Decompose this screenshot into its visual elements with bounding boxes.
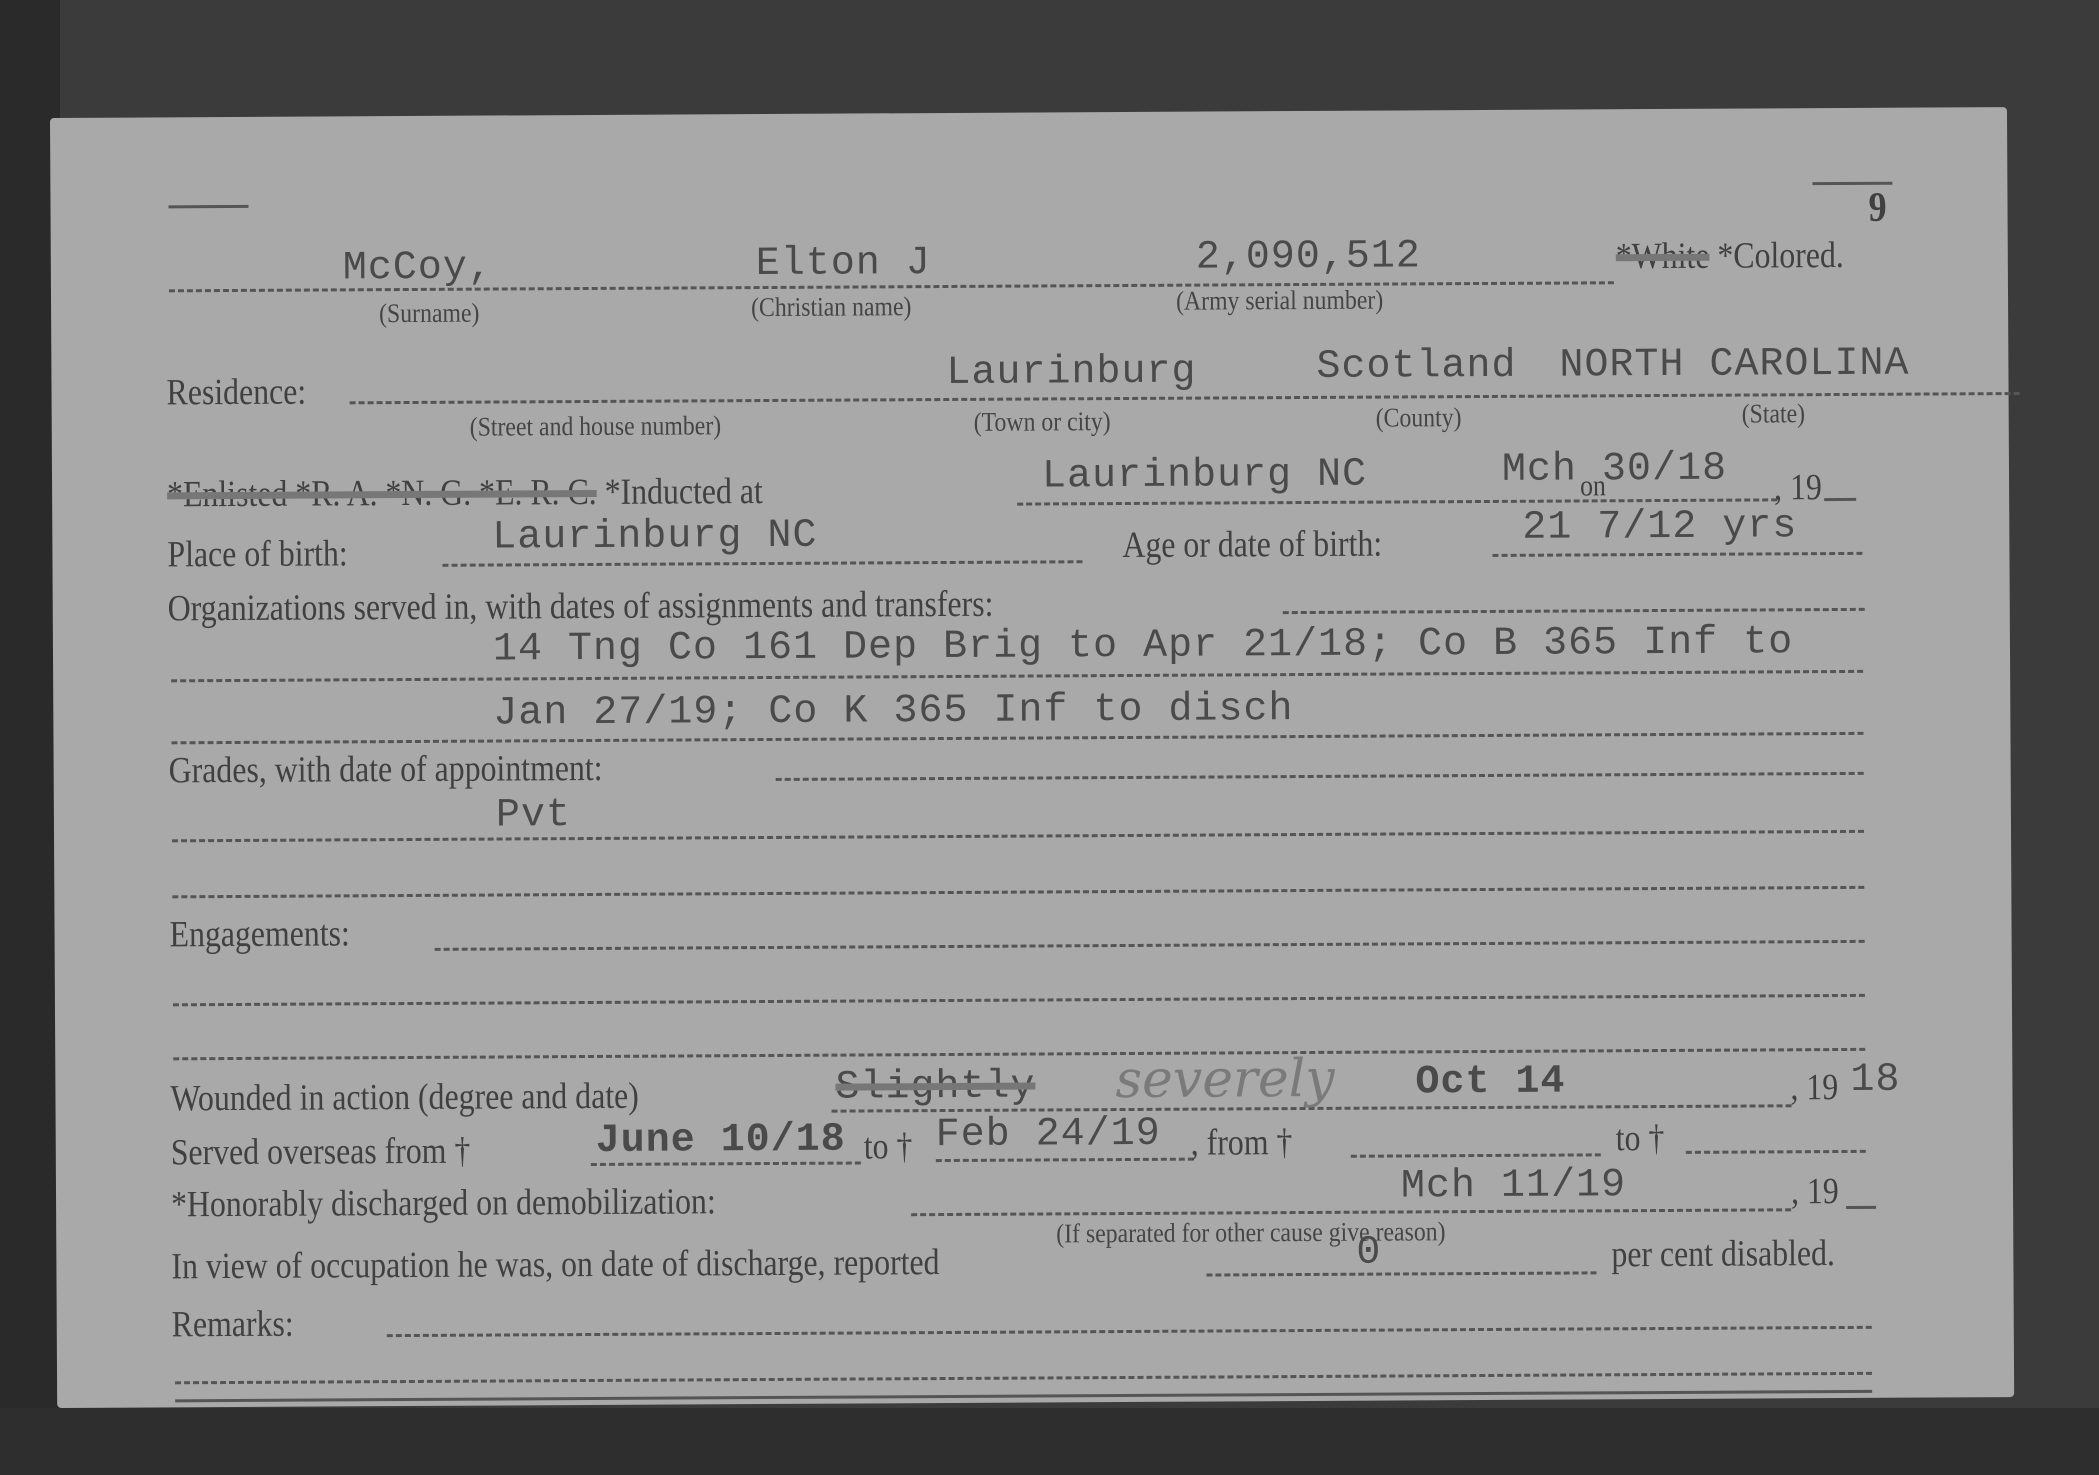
christian-name-label: (Christian name) [751, 291, 912, 323]
serial-number-label: (Army serial number) [1176, 285, 1383, 317]
town-label: (Town or city) [974, 406, 1111, 438]
inducted-date: Mch 30/18 [1502, 447, 1727, 493]
wounded-label: Wounded in action (degree and date) [170, 1075, 639, 1121]
discharge-label: *Honorably discharged on demobilization: [171, 1180, 716, 1226]
birthplace-line [442, 560, 1082, 567]
race-colored: *Colored. [1717, 235, 1844, 277]
grades-line-2 [172, 886, 1864, 898]
serial-number-value: 2,090,512 [1196, 234, 1421, 280]
organizations-line-2 [171, 732, 1863, 744]
race-white-struck: *White [1616, 236, 1710, 278]
corner-dash [168, 205, 248, 208]
disability-suffix: per cent disabled. [1611, 1232, 1835, 1276]
birthplace-value: Laurinburg NC [492, 514, 817, 561]
enlisted-options-struck: *Enlisted *R. A. *N. G. *E. R. C. [167, 472, 597, 515]
discharge-line [911, 1208, 1791, 1216]
overseas-line-4 [1686, 1150, 1866, 1154]
state-label: (State) [1742, 398, 1806, 429]
discharge-year-prefix: , 19 [1791, 1170, 1839, 1213]
inducted-place: Laurinburg NC [1042, 453, 1367, 500]
card-bottom-rule [175, 1390, 1872, 1402]
wounded-degree-struck: Slightly [835, 1065, 1035, 1111]
age-value: 21 7/12 yrs [1522, 504, 1797, 551]
inducted-label: *Inducted at [605, 471, 763, 513]
remarks-line-1 [175, 1372, 1872, 1384]
organizations-line-1 [171, 670, 1863, 682]
grades-line-0 [776, 772, 1864, 781]
birthplace-label: Place of birth: [167, 532, 348, 576]
engagements-line-0 [435, 940, 1865, 951]
organizations-line-0 [1283, 608, 1865, 614]
inducted-year: , 19 [1774, 466, 1822, 509]
organizations-label: Organizations served in, with dates of a… [168, 583, 994, 631]
surname-value: McCoy, [343, 246, 493, 292]
overseas-to-label-1: to † [864, 1125, 913, 1168]
age-label: Age or date of birth: [1122, 523, 1382, 567]
overseas-line-3 [1351, 1153, 1601, 1157]
discharge-year-line [1846, 1206, 1876, 1209]
wounded-degree-handwritten: severely [1115, 1049, 1335, 1110]
engagements-line-1 [173, 994, 1865, 1006]
disability-line [1206, 1271, 1596, 1276]
wounded-year-prefix: , 19 [1790, 1066, 1838, 1109]
wounded-year: 18 [1850, 1058, 1900, 1103]
discharge-date: Mch 11/19 [1401, 1163, 1626, 1209]
inducted-year-line [1824, 498, 1856, 501]
grades-value: Pvt [496, 793, 571, 838]
residence-state: NORTH CAROLINA [1559, 342, 1909, 389]
service-record-card: 9 McCoy, Elton J 2,090,512 *White *Color… [50, 107, 2014, 1408]
overseas-to-1: Feb 24/19 [936, 1112, 1161, 1158]
page-number: 9 [1868, 184, 1886, 232]
scan-background-bottom [0, 1408, 2099, 1475]
remarks-line-0 [387, 1326, 1872, 1337]
overseas-from-1: June 10/18 [596, 1118, 846, 1164]
organizations-entry-2: Jan 27/19; Co K 365 Inf to disch [493, 687, 1293, 736]
overseas-label: Served overseas from † [171, 1130, 471, 1175]
disability-label: In view of occupation he was, on date of… [171, 1241, 939, 1288]
discharge-note: (If separated for other cause give reaso… [1056, 1216, 1445, 1249]
induction-row: *Enlisted *R. A. *N. G. *E. R. C. *Induc… [167, 470, 763, 516]
disability-value: 0 [1356, 1231, 1381, 1276]
engagements-label: Engagements: [169, 912, 350, 956]
remarks-label: Remarks: [172, 1303, 294, 1347]
residence-county: Scotland [1316, 344, 1516, 390]
christian-name-value: Elton J [756, 241, 931, 287]
overseas-line-2 [936, 1158, 1194, 1162]
residence-label: Residence: [166, 371, 306, 415]
overseas-from-label-2: , from † [1191, 1121, 1293, 1165]
race-options: *White *Colored. [1616, 234, 1844, 278]
grades-line-1 [172, 830, 1864, 842]
organizations-entry-1: 14 Tng Co 161 Dep Brig to Apr 21/18; Co … [493, 620, 1793, 672]
age-line [1492, 552, 1862, 557]
engagements-line-2 [173, 1048, 1865, 1060]
street-label: (Street and house number) [470, 410, 722, 442]
overseas-to-label-2: to † [1616, 1117, 1665, 1160]
wounded-date: Oct 14 [1415, 1060, 1565, 1106]
surname-label: (Surname) [379, 298, 479, 330]
grades-label: Grades, with date of appointment: [169, 747, 603, 792]
county-label: (County) [1376, 402, 1462, 433]
residence-town: Laurinburg [946, 350, 1196, 396]
